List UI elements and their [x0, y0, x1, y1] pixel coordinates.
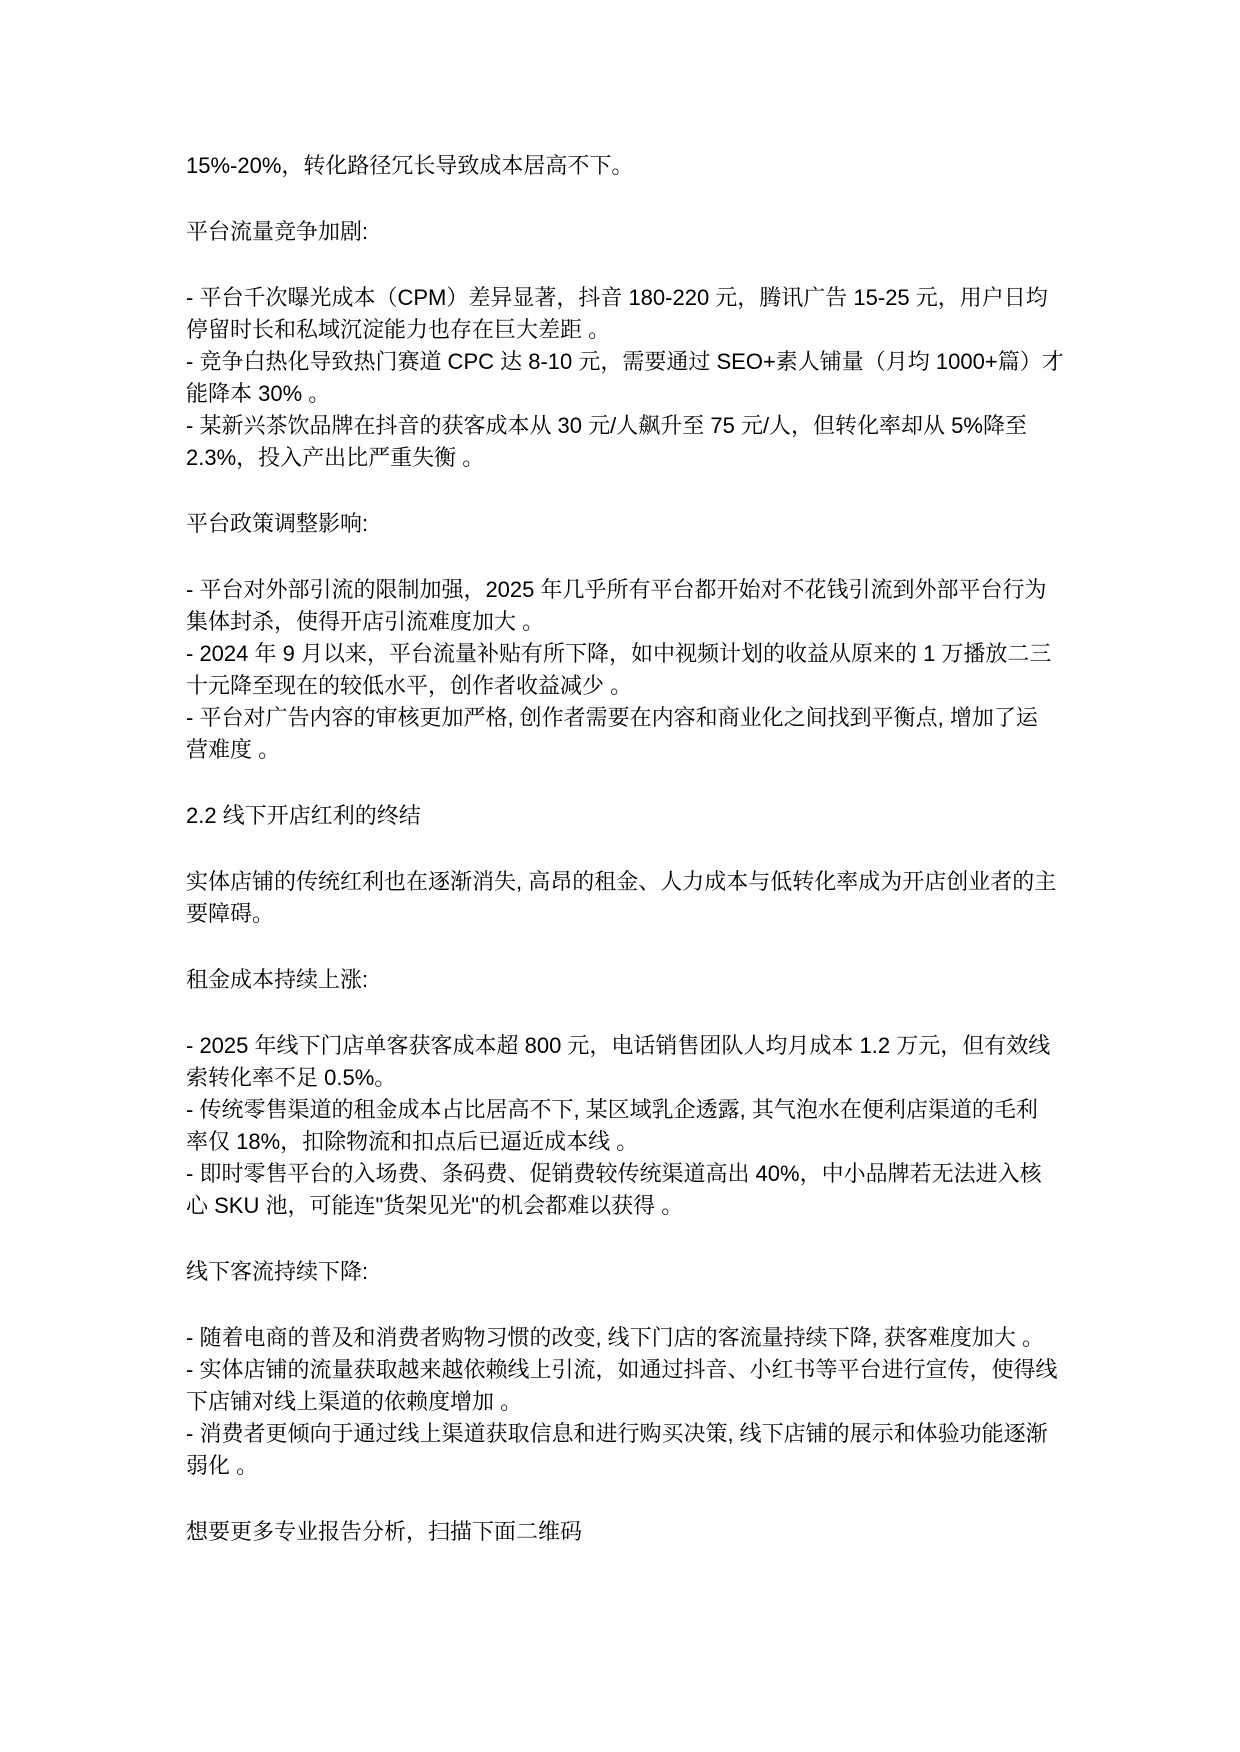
document-page: 15%-20%，转化路径冗长导致成本居高不下。平台流量竞争加剧:- 平台千次曝光… [0, 0, 1240, 1752]
bullet-list: - 2025 年线下门店单客获客成本超 800 元，电话销售团队人均月成本 1.… [186, 1030, 1076, 1222]
subheading: 平台政策调整影响: [186, 508, 1076, 540]
section-heading: 2.2 线下开店红利的终结 [186, 800, 1076, 832]
bullet-list: - 平台千次曝光成本（CPM）差异显著，抖音 180-220 元，腾讯广告 15… [186, 282, 1076, 474]
cta: 想要更多专业报告分析，扫描下面二维码 [186, 1516, 1076, 1548]
subheading: 平台流量竞争加剧: [186, 216, 1076, 248]
document-body: 15%-20%，转化路径冗长导致成本居高不下。平台流量竞争加剧:- 平台千次曝光… [186, 150, 1076, 1548]
paragraph: 实体店铺的传统红利也在逐渐消失, 高昂的租金、人力成本与低转化率成为开店创业者的… [186, 866, 1076, 930]
subheading: 线下客流持续下降: [186, 1256, 1076, 1288]
subheading: 租金成本持续上涨: [186, 964, 1076, 996]
bullet-list: - 平台对外部引流的限制加强，2025 年几乎所有平台都开始对不花钱引流到外部平… [186, 574, 1076, 766]
paragraph: 15%-20%，转化路径冗长导致成本居高不下。 [186, 150, 1076, 182]
bullet-list: - 随着电商的普及和消费者购物习惯的改变, 线下门店的客流量持续下降, 获客难度… [186, 1322, 1076, 1482]
